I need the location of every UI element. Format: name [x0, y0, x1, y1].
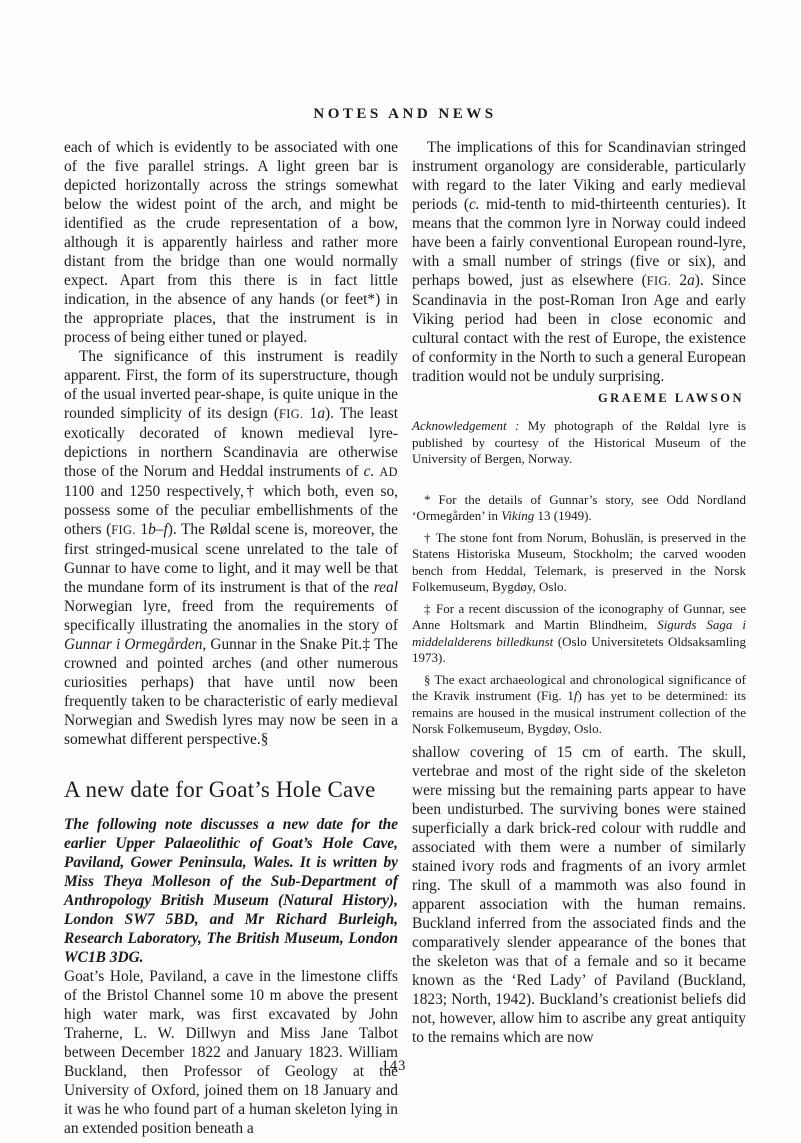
- paragraph-goats-hole: Goat’s Hole, Paviland, a cave in the lim…: [64, 967, 398, 1138]
- page-number: 143: [64, 1058, 724, 1075]
- author-signature: GRAEME LAWSON: [412, 391, 744, 406]
- smallcaps-fig: FIG.: [111, 523, 136, 537]
- footnote-section-mark: § The exact archaeological and chronolog…: [412, 672, 746, 738]
- right-column: The implications of this for Scandinavia…: [412, 138, 746, 1138]
- paragraph-implications: The implications of this for Scandinavia…: [412, 138, 746, 386]
- article-byline-intro: The following note discusses a new date …: [64, 815, 398, 967]
- acknowledgement: Acknowledgement : My photograph of the R…: [412, 418, 746, 468]
- two-column-layout: each of which is evidently to be associa…: [64, 138, 746, 1138]
- italic-title-gunnar: Gunnar i Ormegården: [64, 636, 202, 653]
- footnotes-block: * For the details of Gunnar’s story, see…: [412, 492, 746, 738]
- smallcaps-ad: AD: [379, 465, 398, 479]
- acknowledgement-block: Acknowledgement : My photograph of the R…: [412, 418, 746, 468]
- left-column: each of which is evidently to be associa…: [64, 138, 398, 1138]
- paragraph-significance: The significance of this instrument is r…: [64, 347, 398, 749]
- footnote-double-dagger: ‡ For a recent discussion of the iconogr…: [412, 601, 746, 667]
- section-title: A new date for Goat’s Hole Cave: [64, 776, 398, 804]
- footnote-asterisk: * For the details of Gunnar’s story, see…: [412, 492, 746, 525]
- running-head: NOTES AND NEWS: [64, 106, 746, 123]
- journal-page: NOTES AND NEWS each of which is evidentl…: [0, 0, 801, 1143]
- smallcaps-fig: FIG.: [647, 274, 672, 288]
- smallcaps-fig: FIG.: [279, 407, 304, 421]
- paragraph-red-lady: shallow covering of 15 cm of earth. The …: [412, 743, 746, 1047]
- footnote-dagger: † The stone font from Norum, Bohuslän, i…: [412, 530, 746, 596]
- paragraph-lyre-strings: each of which is evidently to be associa…: [64, 138, 398, 347]
